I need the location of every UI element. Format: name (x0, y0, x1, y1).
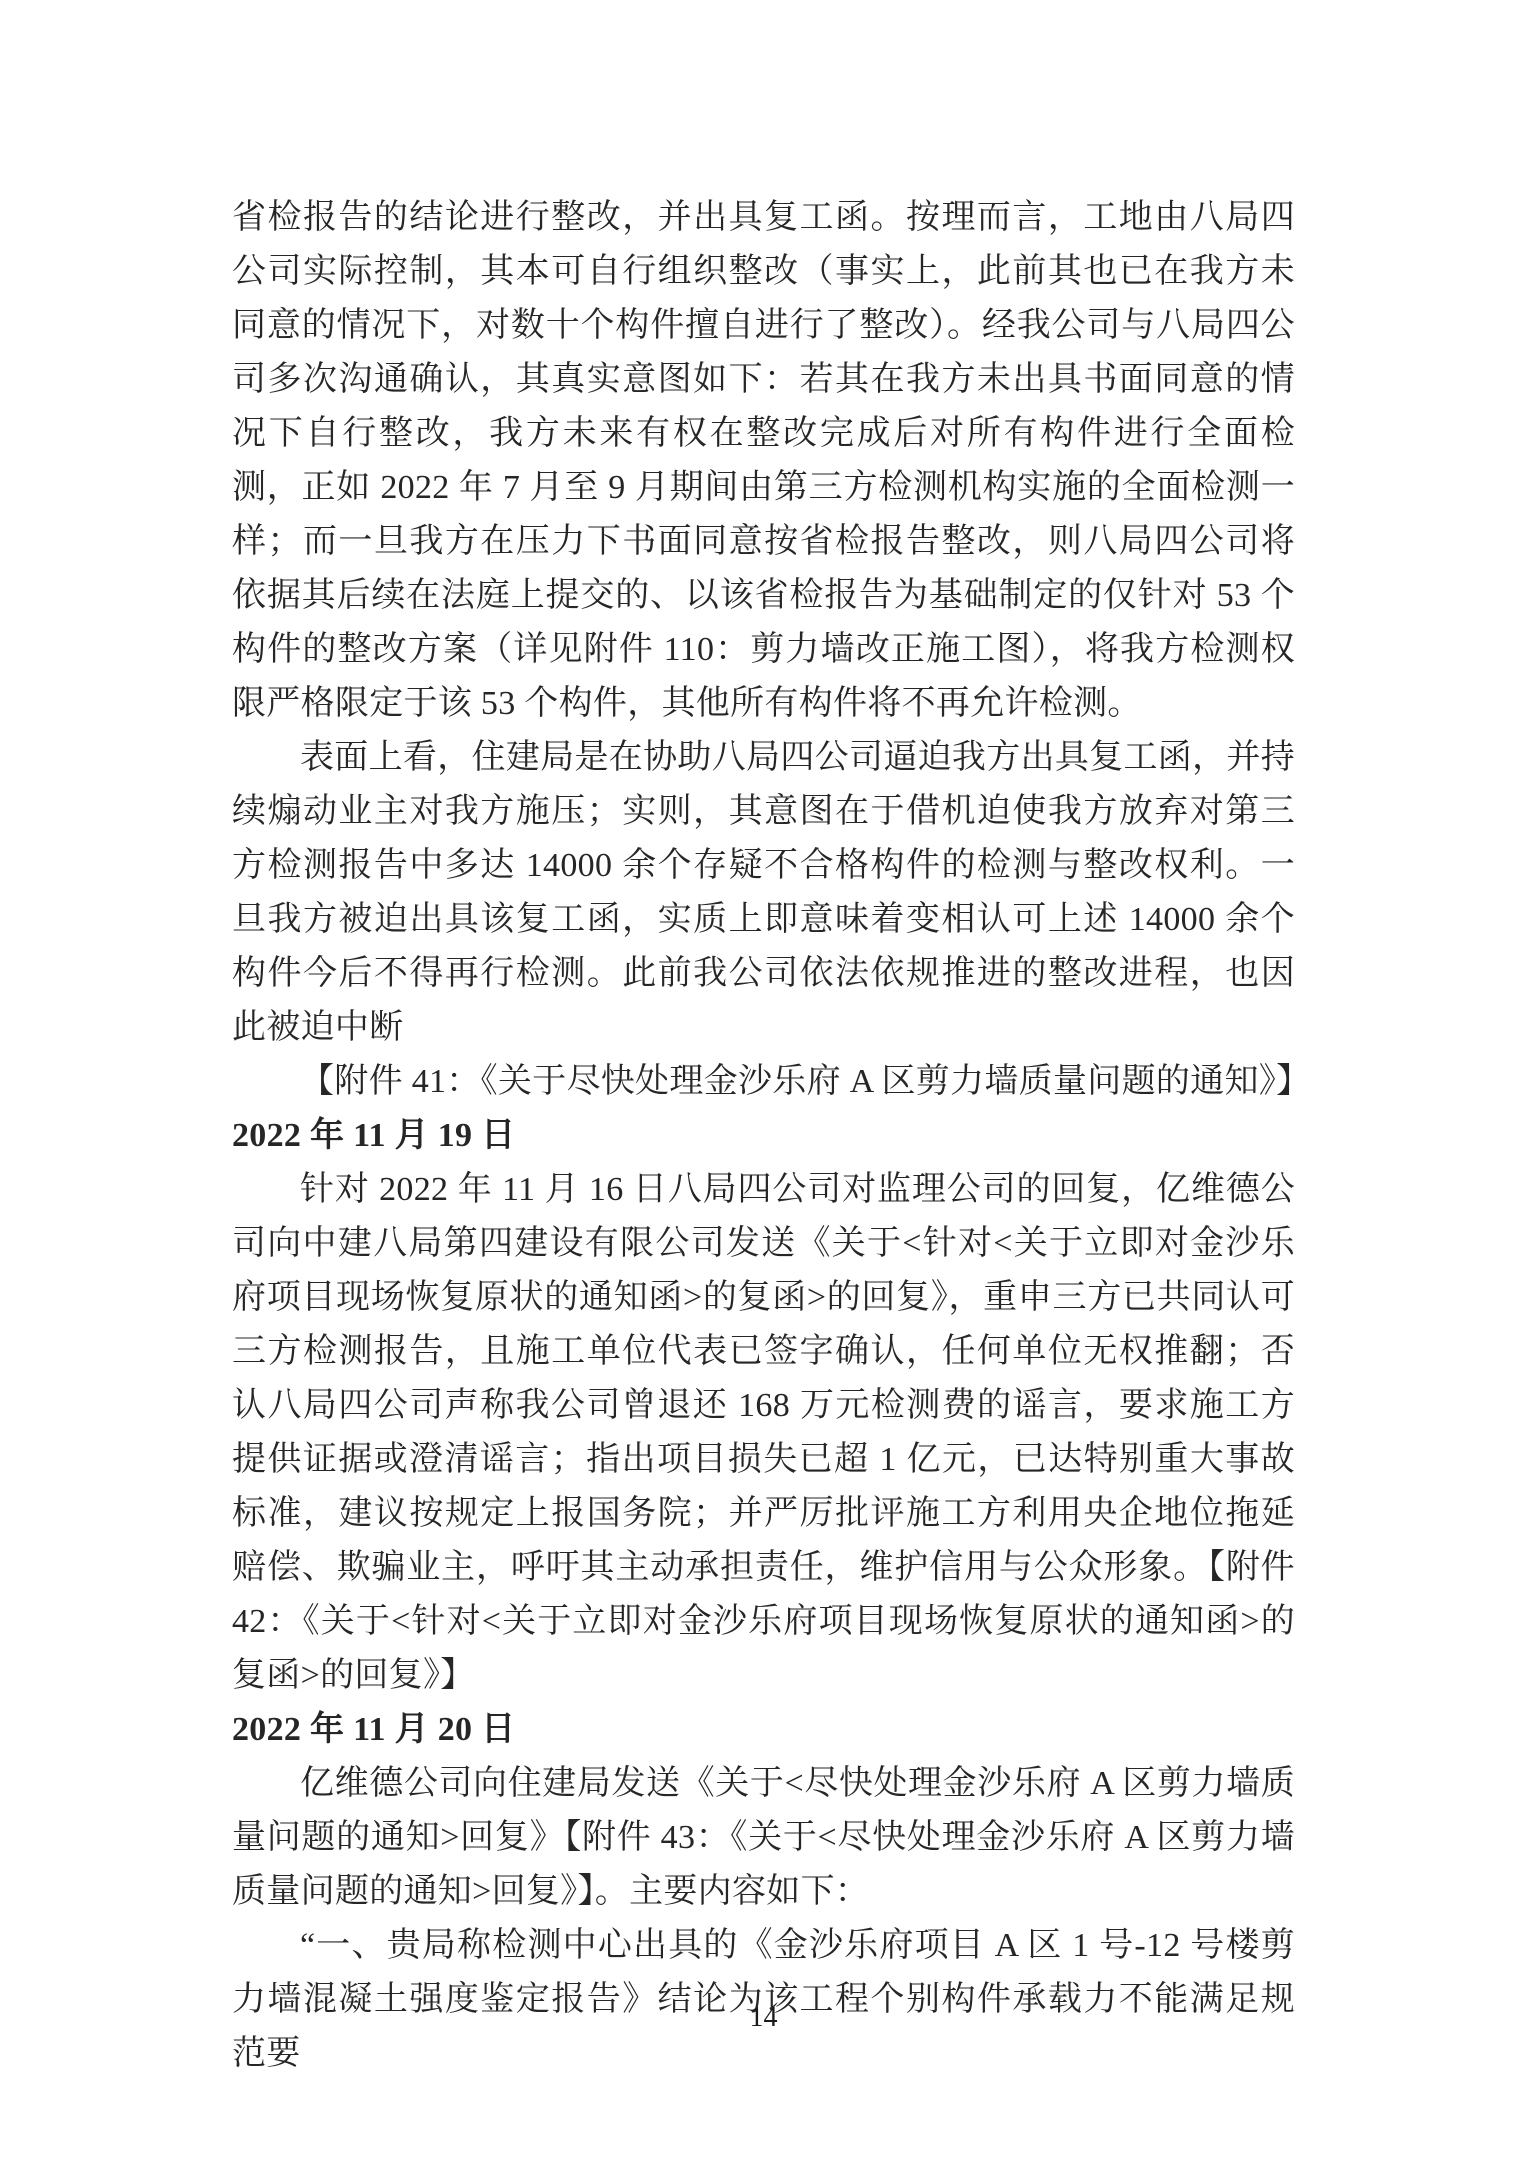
text-content: 省检报告的结论进行整改，并出具复工函。按理而言，工地由八局四公司实际控制，其本可… (232, 191, 1295, 2081)
attachment-reference: 【附件 41：《关于尽快处理金沙乐府 A 区剪力墙质量问题的通知》】 (232, 1055, 1295, 1109)
paragraph: 针对 2022 年 11 月 16 日八局四公司对监理公司的回复，亿维德公司向中… (232, 1163, 1295, 1703)
paragraph-quote-start: “一、贵局称检测中心出具的《金沙乐府项目 A 区 1 号-12 号楼剪力墙混凝土… (232, 1919, 1295, 2081)
paragraph: 表面上看，住建局是在协助八局四公司逼迫我方出具复工函，并持续煽动业主对我方施压；… (232, 731, 1295, 1055)
paragraph: 亿维德公司向住建局发送《关于<尽快处理金沙乐府 A 区剪力墙质量问题的通知>回复… (232, 1757, 1295, 1919)
date-heading: 2022 年 11 月 19 日 (232, 1109, 1295, 1163)
date-heading: 2022 年 11 月 20 日 (232, 1703, 1295, 1757)
paragraph-continuation: 省检报告的结论进行整改，并出具复工函。按理而言，工地由八局四公司实际控制，其本可… (232, 191, 1295, 731)
page-number: 14 (0, 2002, 1527, 2034)
document-page: 省检报告的结论进行整改，并出具复工函。按理而言，工地由八局四公司实际控制，其本可… (0, 0, 1527, 2160)
